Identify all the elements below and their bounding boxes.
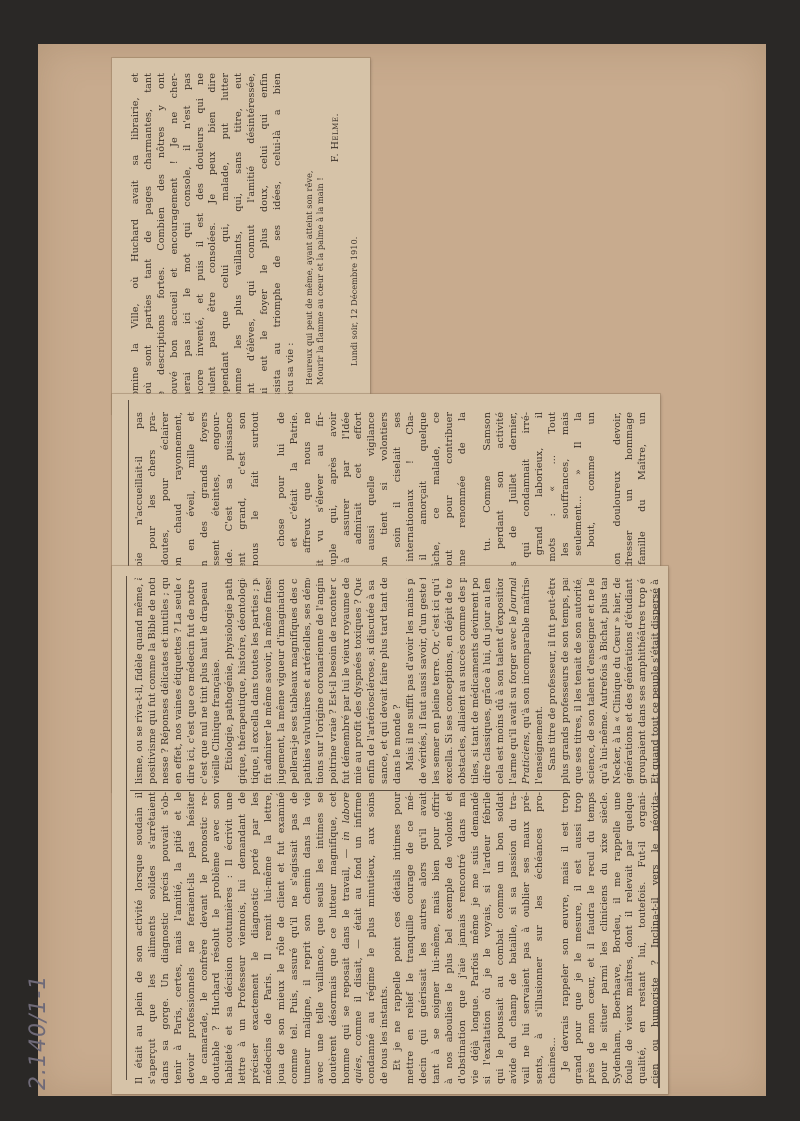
verse-line: Heureux qui peut de même, ayant atteint … — [304, 73, 315, 403]
text-line: nesse ? Réponses délicates et inutiles ;… — [160, 578, 173, 784]
text-line: domine la Ville, où Huchard avait sa lib… — [130, 73, 143, 403]
text-line: préciser exactement le diagnostic porté … — [250, 792, 263, 1084]
text-line: Et je ne rappelle point ces détails inti… — [392, 792, 405, 1084]
text-line: tiles, si tant de médicaments devinrent … — [470, 578, 483, 784]
text-line: d'obstination que j'aie jamais rencontré… — [457, 792, 470, 1084]
text-line: tumeur maligne, il reprit son chemin dan… — [302, 792, 315, 1084]
text-line: cien ou humoriste ? Inclina-t-il vers le… — [650, 792, 663, 1084]
text-line: excella. Si ses conceptions, en dépit de… — [444, 578, 457, 784]
verse-line: Mourir la flamme au cœur et la palme à l… — [315, 73, 326, 403]
text-line: gique, thérapeutique, histoire, déontolo… — [237, 578, 250, 784]
text-line: cependant que celui qui, malade, put lut… — [220, 73, 233, 403]
text-line: cela est moins dû à son talent d'exposit… — [495, 578, 508, 784]
text-line: grand pour que je le mesure, il est auss… — [573, 792, 586, 1084]
text-line: positivisme qui fut comme la Bible de no… — [147, 578, 160, 784]
text-line: Et quand tout ce peuple s'était dispersé… — [650, 578, 663, 784]
text-line: tique, il excella dans toutes les partie… — [250, 578, 263, 784]
text-line: comme les plus vaillants, qui, sans titr… — [233, 73, 246, 403]
text-line: lisme, ou se riva-t-il, fidèle quand mêm… — [134, 578, 147, 784]
text-line: decin qui guérissait les autres alors qu… — [418, 792, 431, 1084]
text-line: tenir à Paris, certes, mais l'amitié, la… — [173, 792, 186, 1084]
dateline: Lundi soir, 12 Décembre 1910. — [349, 73, 360, 403]
text-line: qualité, en restant lui, toutefois. Fut-… — [637, 792, 650, 1084]
text-line: d'où sont parties tant de pages charmant… — [143, 73, 156, 403]
text-line: pour le situer parmi les cliniciens du x… — [599, 792, 612, 1084]
text-line: pathies valvulaires et artérielles, ses … — [302, 578, 315, 784]
text-line: c'est que nul ne tint plus haut le drape… — [199, 578, 212, 784]
text-line: en effet, nos vaines étiquettes ? La seu… — [173, 578, 186, 784]
text-line: à nos aboulies le plus bel exemple de vo… — [444, 792, 457, 1084]
text-line: près de mon cœur, et il faudra le recul … — [586, 792, 599, 1084]
text-line: foule de vieux maîtres, dont il relevait… — [624, 792, 637, 1084]
text-line: générations et des générations d'étudian… — [624, 578, 637, 784]
text-line: vie déjà longue. Parfois même je me suis… — [470, 792, 483, 1084]
text-line: pellerai-je ses tableaux magnifiques des… — [289, 578, 302, 784]
text-line: qui le poussait au combat comme un bon s… — [495, 792, 508, 1084]
text-line: tions sur l'origine coronarienne de l'an… — [315, 578, 328, 784]
text-line: tant d'élèves, qui connut l'amitié désin… — [246, 73, 259, 403]
text-line: médecins de Paris. Il remit lui-même la … — [263, 792, 276, 1084]
text-line: l'enseignement. — [534, 578, 547, 784]
text-line: Il était au plein de son activité lorsqu… — [134, 792, 147, 1084]
text-line: doutable ? Huchard résolut le problème a… — [211, 792, 224, 1084]
text-line: quies, comme il disait, — était au fond … — [353, 792, 366, 1084]
text-line: doutèrent désormais que ce lutteur magni… — [328, 792, 341, 1084]
text-line: cherai pas ici le mot qui console, il n'… — [182, 73, 195, 403]
text-line: sance, et qui devait faire plus tard tan… — [379, 578, 392, 784]
text-line: joua de son mieux le rôle de client et f… — [276, 792, 289, 1084]
text-line: avec une telle vaillance, que seuls les … — [315, 792, 328, 1084]
text-line: les semer en pleine terre. Or, c'est ici… — [431, 578, 444, 784]
text-line: l'arme qu'il avait su forger avec le Jou… — [508, 578, 521, 784]
text-line: enfin de l'artériosclérose, si discutée … — [366, 578, 379, 784]
text-line: qu'à lui-même. Autrefois à Bichat, plus … — [599, 578, 612, 784]
text-line: vécu sa vie : — [285, 73, 298, 403]
text-line: Sans titre de professeur, il fut peut-êt… — [547, 578, 560, 784]
text-line: si l'exaltation où je le voyais, si l'ar… — [482, 792, 495, 1084]
text-line: comme tel. Puis, assuré qu'il ne s'agiss… — [289, 792, 302, 1084]
text-line: trouvé bon accueil et encouragement ! Je… — [169, 73, 182, 403]
archive-number: 2.140/1-1 — [26, 975, 51, 1090]
text-line: science, de son talent d'enseigner et ne… — [586, 578, 599, 784]
text-line: Praticiens, qu'à son incomparable maîtri… — [521, 578, 534, 784]
text-line: devoir professionnels ne feraient-ils pa… — [186, 792, 199, 1084]
text-line: tant à se soigner lui-même, mais bien po… — [431, 792, 444, 1084]
text-line: plus grands professeurs de son temps, pa… — [560, 578, 573, 784]
text-line: habileté et sa décision coutumières : Il… — [224, 792, 237, 1084]
text-line: s'aperçut que les aliments solides s'arr… — [147, 792, 160, 1084]
text-line: Mais il ne suffit pas d'avoir les mains … — [405, 578, 418, 784]
text-line: encore inventé, et puis il est des doule… — [195, 73, 208, 403]
text-line: que ses titres, il les tenait de son aut… — [573, 578, 586, 784]
text-line: de descriptions fortes. Combien des nôtr… — [156, 73, 169, 403]
text-line: dire classiques, grâce à lui, du jour au… — [482, 578, 495, 784]
text-line: homme qui se reposait dans le travail, —… — [341, 792, 354, 1084]
text-line: poitrine vraie ? Est-il besoin de racont… — [328, 578, 341, 784]
text-line: Je devrais rappeler son œuvre, mais il e… — [560, 792, 573, 1084]
text-line: chaines... — [547, 792, 560, 1084]
text-line: vail ne lui servaient pas à oublier ses … — [521, 792, 534, 1084]
text-line: dans sa gorge. Un diagnostic précis pouv… — [160, 792, 173, 1084]
text-line: de tous les instants. — [379, 792, 392, 1084]
text-line: qui eut le foyer le plus doux, celui qui… — [259, 73, 272, 403]
column-rule — [126, 576, 127, 1080]
text-line: dire ici, c'est que ce médecin fut de no… — [186, 578, 199, 784]
text-line: condamné au régime le plus minutieux, au… — [366, 792, 379, 1084]
text-line: lettre à un Professeur viennois, lui dem… — [237, 792, 250, 1084]
text-line: de vérités, il faut aussi savoir, d'un g… — [418, 578, 431, 784]
text-line: le camarade, le confrère devant le prono… — [199, 792, 212, 1084]
text-line: veulent pas être consolées. Je peux bien… — [207, 73, 220, 403]
column-divider — [130, 790, 570, 791]
clipping-bottom-column-1: Il était au plein de son activité lorsqu… — [134, 792, 663, 1084]
text-line: sents, à s'illusionner sur les échéances… — [534, 792, 547, 1084]
text-line: assista au triomphe de ses idées, celui-… — [272, 73, 285, 403]
clipping-top-text: domine la Ville, où Huchard avait sa lib… — [130, 73, 360, 403]
clipping-bottom-column-2: lisme, ou se riva-t-il, fidèle quand mêm… — [134, 578, 663, 784]
text-line: dans le monde ? — [392, 578, 405, 784]
text-line: Étiologie, pathogénie, physiologie patho… — [224, 578, 237, 784]
text-line: obstacles, allaient au succès comme des … — [457, 578, 470, 784]
clipping-top: domine la Ville, où Huchard avait sa lib… — [112, 58, 370, 414]
text-line: fut démembré par lui le vieux royaume de… — [341, 578, 354, 784]
text-line: Necker, à la « Clinique du Cœur » hier, … — [612, 578, 625, 784]
text-line: Sydenham, Boerhaave, Bordeu, il me rappe… — [612, 792, 625, 1084]
text-line: vieille Clinique française. — [211, 578, 224, 784]
text-line: avide du champ de bataille, si sa passio… — [508, 792, 521, 1084]
text-line: mie au profit des dyspnées toxiques ? Qu… — [353, 578, 366, 784]
text-line: mettre en relief le tranquille courage d… — [405, 792, 418, 1084]
text-line: jugement, la même vigueur d'imagination.… — [276, 578, 289, 784]
text-line: fit admirer le même savoir, la même fine… — [263, 578, 276, 784]
clipping-bottom: lisme, ou se riva-t-il, fidèle quand mêm… — [112, 566, 668, 1094]
text-line: groupaient dans ses amphithéâtres trop é… — [637, 578, 650, 784]
signature: F. Helme. — [330, 73, 343, 403]
